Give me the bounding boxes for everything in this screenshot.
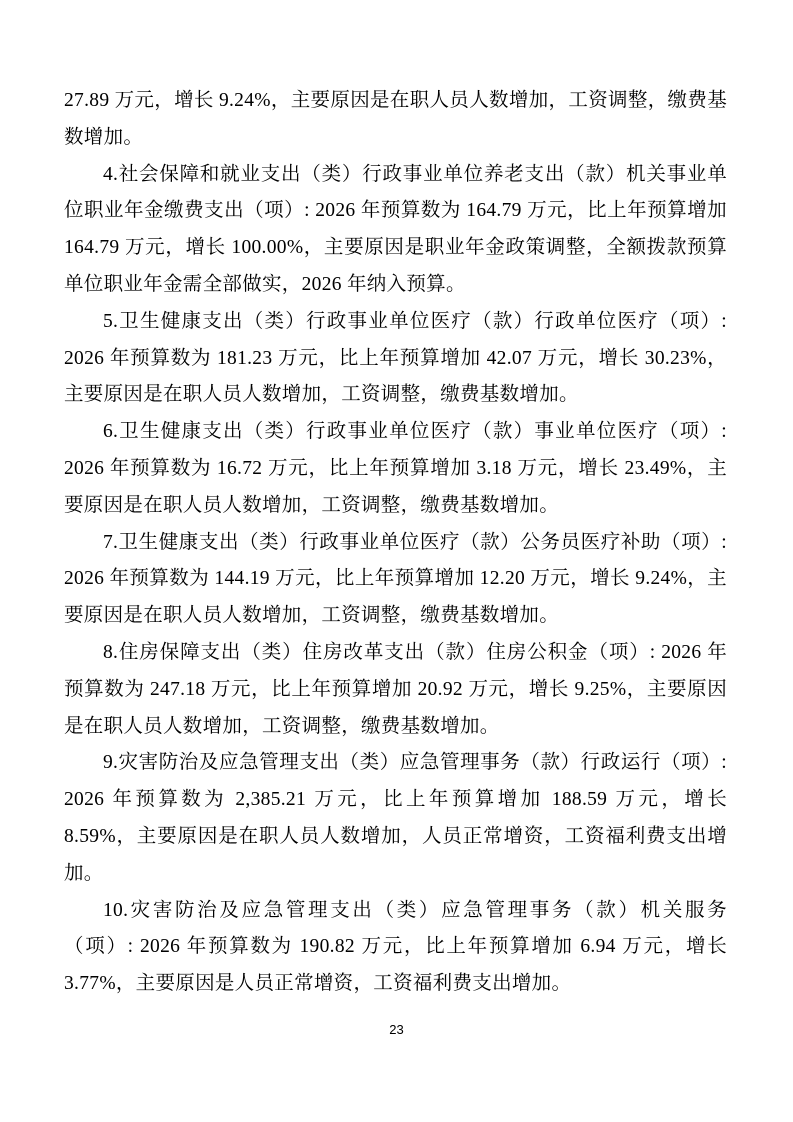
- paragraph-item-5: 5.卫生健康支出（类）行政事业单位医疗（款）行政单位医疗（项）: 2026 年预…: [64, 304, 727, 414]
- paragraph-item-6: 6.卫生健康支出（类）行政事业单位医疗（款）事业单位医疗（项）: 2026 年预…: [64, 414, 727, 524]
- paragraph-item-8: 8.住房保障支出（类）住房改革支出（款）住房公积金（项）: 2026 年预算数为…: [64, 635, 727, 745]
- paragraph-item-4: 4.社会保障和就业支出（类）行政事业单位养老支出（款）机关事业单位职业年金缴费支…: [64, 157, 727, 304]
- paragraph-item-9: 9.灾害防治及应急管理支出（类）应急管理事务（款）行政运行（项）: 2026 年…: [64, 745, 727, 892]
- page-number: 23: [389, 1022, 403, 1037]
- paragraph-continuation: 27.89 万元，增长 9.24%，主要原因是在职人员人数增加，工资调整，缴费基…: [64, 83, 727, 157]
- paragraph-item-10: 10.灾害防治及应急管理支出（类）应急管理事务（款）机关服务（项）: 2026 …: [64, 893, 727, 1003]
- paragraph-item-7: 7.卫生健康支出（类）行政事业单位医疗（款）公务员医疗补助（项）: 2026 年…: [64, 525, 727, 635]
- page-footer: 23: [0, 1022, 793, 1037]
- document-page: 27.89 万元，增长 9.24%，主要原因是在职人员人数增加，工资调整，缴费基…: [0, 0, 793, 1122]
- document-body: 27.89 万元，增长 9.24%，主要原因是在职人员人数增加，工资调整，缴费基…: [64, 83, 727, 1003]
